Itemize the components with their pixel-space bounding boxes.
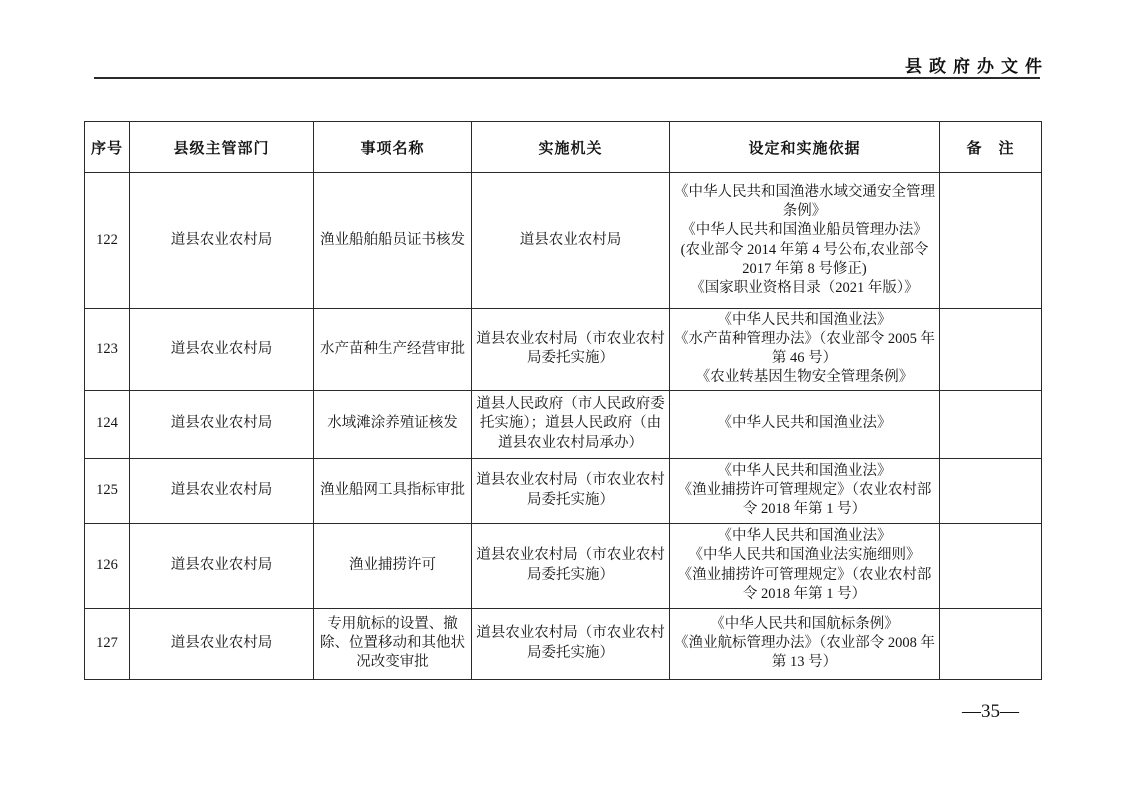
page-number: —35— (962, 701, 1019, 723)
row-basis: 《中华人民共和国渔业法》 《渔业捕捞许可管理规定》（农业农村部令 2018 年第… (670, 458, 940, 523)
column-header-basis: 设定和实施依据 (670, 122, 940, 173)
row-agency: 道县人民政府（市人民政府委托实施）；道县人民政府（由道县农业农村局承办） (472, 390, 670, 458)
column-header-note: 备 注 (940, 122, 1042, 173)
row-dept: 道县农业农村局 (130, 458, 314, 523)
row-note (940, 458, 1042, 523)
table-row: 127 道县农业农村局 专用航标的设置、撤除、位置移动和其他状况改变审批 道县农… (85, 608, 1042, 679)
column-header-agency: 实施机关 (472, 122, 670, 173)
row-note (940, 309, 1042, 391)
row-dept: 道县农业农村局 (130, 173, 314, 309)
row-item: 渔业船舶船员证书核发 (314, 173, 472, 309)
row-no: 122 (85, 173, 130, 309)
row-no: 127 (85, 608, 130, 679)
header-rule (94, 77, 1040, 79)
document-page: 县政府办文件 序号 县级主管部门 事项名称 实施机关 设定和实施依据 备 注 1… (0, 0, 1122, 793)
approval-items-table: 序号 县级主管部门 事项名称 实施机关 设定和实施依据 备 注 122 道县农业… (84, 121, 1042, 680)
row-item: 渔业船网工具指标审批 (314, 458, 472, 523)
row-no: 125 (85, 458, 130, 523)
row-basis: 《中华人民共和国渔港水域交通安全管理条例》 《中华人民共和国渔业船员管理办法》(… (670, 173, 940, 309)
column-header-no: 序号 (85, 122, 130, 173)
row-agency: 道县农业农村局（市农业农村局委托实施） (472, 458, 670, 523)
row-no: 123 (85, 309, 130, 391)
row-item: 水产苗种生产经营审批 (314, 309, 472, 391)
row-item: 专用航标的设置、撤除、位置移动和其他状况改变审批 (314, 608, 472, 679)
table-header-row: 序号 县级主管部门 事项名称 实施机关 设定和实施依据 备 注 (85, 122, 1042, 173)
document-header-label: 县政府办文件 (905, 52, 1049, 77)
row-dept: 道县农业农村局 (130, 608, 314, 679)
row-dept: 道县农业农村局 (130, 390, 314, 458)
row-basis: 《中华人民共和国渔业法》 《中华人民共和国渔业法实施细则》 《渔业捕捞许可管理规… (670, 523, 940, 608)
row-note (940, 173, 1042, 309)
row-note (940, 608, 1042, 679)
row-note (940, 390, 1042, 458)
row-no: 126 (85, 523, 130, 608)
column-header-item: 事项名称 (314, 122, 472, 173)
row-basis: 《中华人民共和国航标条例》 《渔业航标管理办法》（农业部令 2008 年第 13… (670, 608, 940, 679)
row-dept: 道县农业农村局 (130, 523, 314, 608)
row-dept: 道县农业农村局 (130, 309, 314, 391)
row-agency: 道县农业农村局（市农业农村局委托实施） (472, 309, 670, 391)
row-agency: 道县农业农村局（市农业农村局委托实施） (472, 523, 670, 608)
row-item: 水域滩涂养殖证核发 (314, 390, 472, 458)
table-row: 123 道县农业农村局 水产苗种生产经营审批 道县农业农村局（市农业农村局委托实… (85, 309, 1042, 391)
table-row: 126 道县农业农村局 渔业捕捞许可 道县农业农村局（市农业农村局委托实施） 《… (85, 523, 1042, 608)
row-agency: 道县农业农村局 (472, 173, 670, 309)
row-basis: 《中华人民共和国渔业法》 《水产苗种管理办法》（农业部令 2005 年第 46 … (670, 309, 940, 391)
row-item: 渔业捕捞许可 (314, 523, 472, 608)
row-agency: 道县农业农村局（市农业农村局委托实施） (472, 608, 670, 679)
column-header-dept: 县级主管部门 (130, 122, 314, 173)
table-row: 124 道县农业农村局 水域滩涂养殖证核发 道县人民政府（市人民政府委托实施）；… (85, 390, 1042, 458)
row-no: 124 (85, 390, 130, 458)
table-row: 125 道县农业农村局 渔业船网工具指标审批 道县农业农村局（市农业农村局委托实… (85, 458, 1042, 523)
row-basis: 《中华人民共和国渔业法》 (670, 390, 940, 458)
row-note (940, 523, 1042, 608)
table-row: 122 道县农业农村局 渔业船舶船员证书核发 道县农业农村局 《中华人民共和国渔… (85, 173, 1042, 309)
